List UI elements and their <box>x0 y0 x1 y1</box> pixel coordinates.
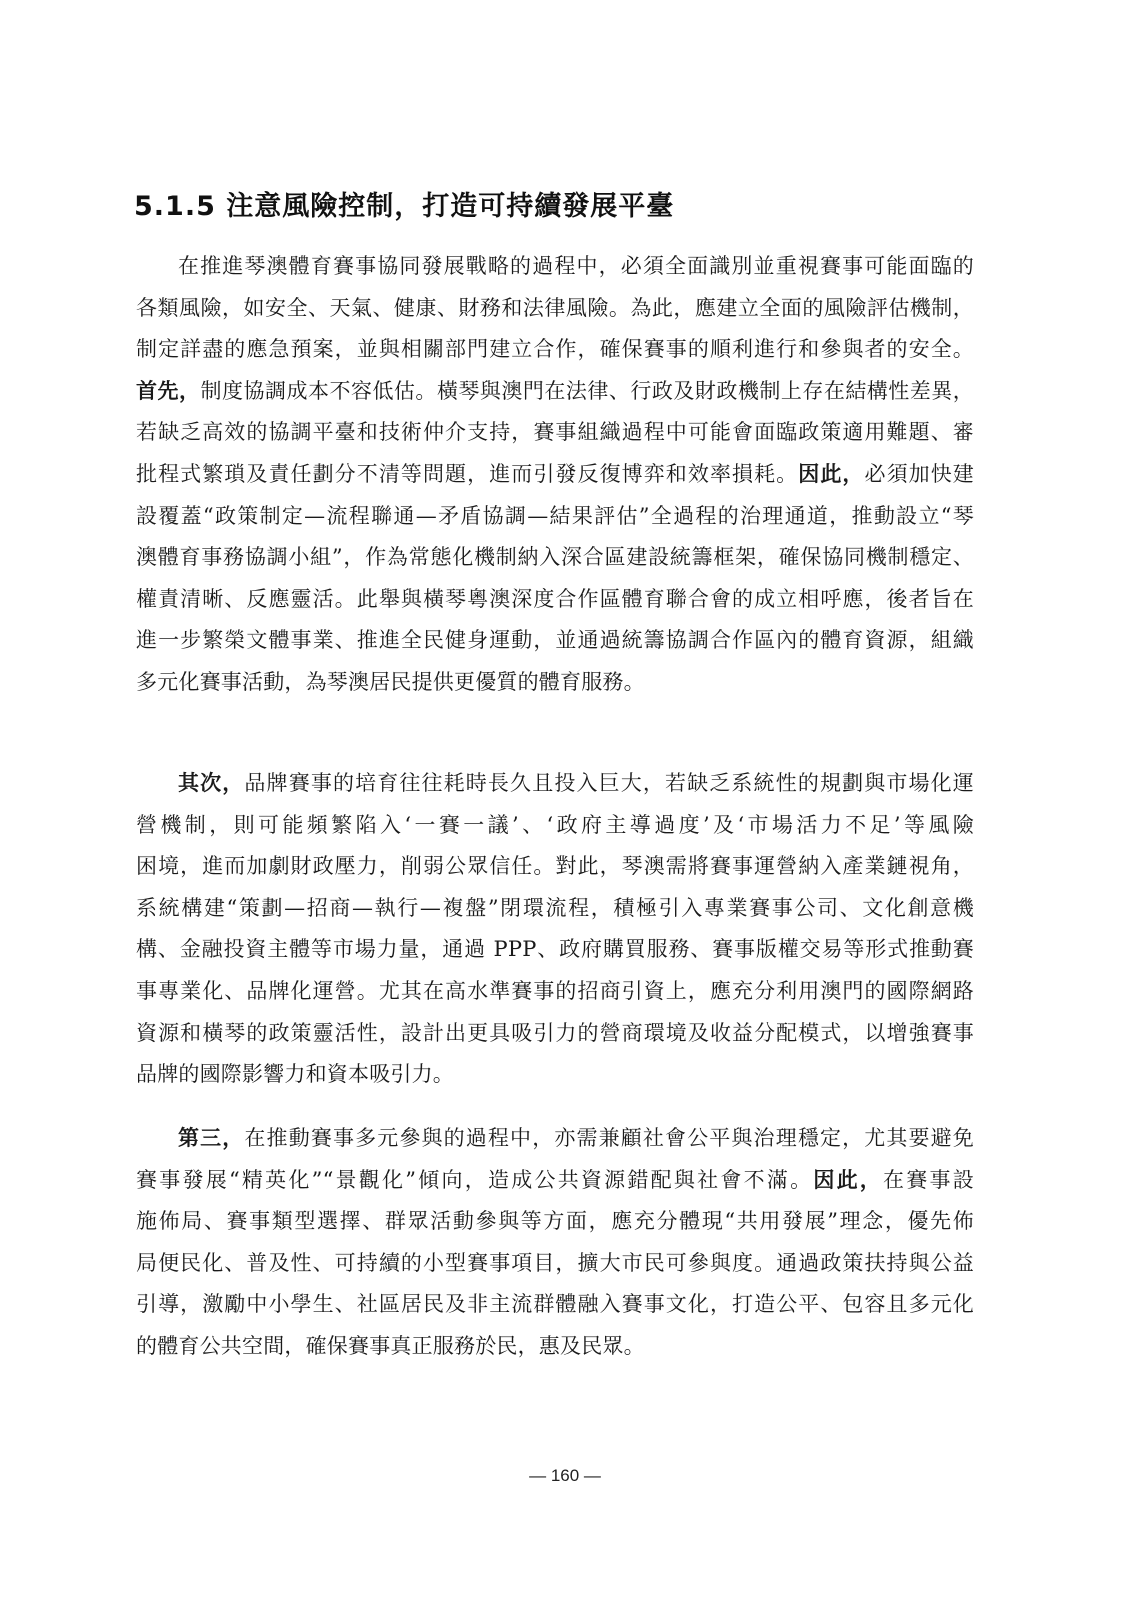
paragraph-1-line: 澳體育事務協調小組”，作為常態化機制納入深合區建設統籌框架，確保協同機制穩定、 <box>136 541 974 571</box>
paragraph-3-line: 賽事發展“精英化”“景觀化”傾向，造成公共資源錯配與社會不滿。因此，在賽事設 <box>136 1164 974 1194</box>
text-run: 設覆蓋“政策制定—流程聯通—矛盾協調—結果評估”全過程的治理通道，推動設立“琴 <box>136 504 974 528</box>
paragraph-1-line: 多元化賽事活動，為琴澳居民提供更優質的體育服務。 <box>136 666 974 696</box>
paragraph-3-line: 局便民化、普及性、可持續的小型賽事項目，擴大市民可參與度。通過政策扶持與公益 <box>136 1247 974 1277</box>
paragraph-1-line: 制定詳盡的應急預案，並與相關部門建立合作，確保賽事的順利進行和參與者的安全。 <box>136 333 974 363</box>
bold-lead-phrase: 因此， <box>813 1167 883 1192</box>
paragraph-1-line: 設覆蓋“政策制定—流程聯通—矛盾協調—結果評估”全過程的治理通道，推動設立“琴 <box>136 500 974 530</box>
text-run: 品牌賽事的培育往往耗時長久且投入巨大，若缺乏系統性的規劃與市場化運 <box>244 771 974 795</box>
text-run: 權責清晰、反應靈活。此舉與橫琴粵澳深度合作區體育聯合會的成立相呼應，後者旨在 <box>136 587 974 611</box>
text-run: 資源和橫琴的政策靈活性，設計出更具吸引力的營商環境及收益分配模式，以增強賽事 <box>136 1021 974 1045</box>
paragraph-2-line: 事專業化、品牌化運營。尤其在高水準賽事的招商引資上，應充分利用澳門的國際網路 <box>136 975 974 1005</box>
paragraph-1-line: 首先，制度協調成本不容低估。橫琴與澳門在法律、行政及財政機制上存在結構性差異， <box>136 375 974 405</box>
text-run: 必須加快建 <box>865 462 975 486</box>
text-run: 引導，激勵中小學生、社區居民及非主流群體融入賽事文化，打造公平、包容且多元化 <box>136 1292 974 1316</box>
text-run: 多元化賽事活動，為琴澳居民提供更優質的體育服務。 <box>136 670 645 694</box>
paragraph-2-line: 其次，品牌賽事的培育往往耗時長久且投入巨大，若缺乏系統性的規劃與市場化運 <box>178 767 974 797</box>
page-number: — 160 — <box>0 1466 1130 1486</box>
text-run: 在賽事設 <box>883 1168 974 1192</box>
paragraph-2-line: 困境，進而加劇財政壓力，削弱公眾信任。對此，琴澳需將賽事運營納入產業鏈視角， <box>136 850 974 880</box>
text-run: 批程式繁瑣及責任劃分不清等問題，進而引發反復博弈和效率損耗。 <box>136 462 798 486</box>
text-run: 品牌的國際影響力和資本吸引力。 <box>136 1062 454 1086</box>
text-run: 困境，進而加劇財政壓力，削弱公眾信任。對此，琴澳需將賽事運營納入產業鏈視角， <box>136 854 974 878</box>
text-run: 制度協調成本不容低估。橫琴與澳門在法律、行政及財政機制上存在結構性差異， <box>200 379 974 403</box>
paragraph-3-line: 施佈局、賽事類型選擇、群眾活動參與等方面，應充分體現“共用發展”理念，優先佈 <box>136 1205 974 1235</box>
paragraph-2-line: 系統構建“策劃—招商—執行—複盤”閉環流程，積極引入專業賽事公司、文化創意機 <box>136 892 974 922</box>
text-run: 構、金融投資主體等市場力量，通過 PPP、政府購買服務、賽事版權交易等形式推動賽 <box>136 937 974 961</box>
text-run: 事專業化、品牌化運營。尤其在高水準賽事的招商引資上，應充分利用澳門的國際網路 <box>136 979 974 1003</box>
text-run: 系統構建“策劃—招商—執行—複盤”閉環流程，積極引入專業賽事公司、文化創意機 <box>136 896 974 920</box>
bold-lead-phrase: 其次， <box>178 770 244 795</box>
paragraph-1-line: 進一步繁榮文體事業、推進全民健身運動，並通過統籌協調合作區內的體育資源，組織 <box>136 624 974 654</box>
paragraph-1-line: 在推進琴澳體育賽事協同發展戰略的過程中，必須全面識別並重視賽事可能面臨的 <box>178 250 974 280</box>
bold-lead-phrase: 第三， <box>178 1125 244 1150</box>
section-heading: 5.1.5 注意風險控制，打造可持續發展平臺 <box>134 184 674 223</box>
paragraph-1-line: 權責清晰、反應靈活。此舉與橫琴粵澳深度合作區體育聯合會的成立相呼應，後者旨在 <box>136 583 974 613</box>
text-run: 制定詳盡的應急預案，並與相關部門建立合作，確保賽事的順利進行和參與者的安全。 <box>136 337 974 361</box>
paragraph-2-line: 構、金融投資主體等市場力量，通過 PPP、政府購買服務、賽事版權交易等形式推動賽 <box>136 933 974 963</box>
paragraph-3-line: 的體育公共空間，確保賽事真正服務於民，惠及民眾。 <box>136 1330 974 1360</box>
text-run: 進一步繁榮文體事業、推進全民健身運動，並通過統籌協調合作區內的體育資源，組織 <box>136 628 974 652</box>
paragraph-3-line: 引導，激勵中小學生、社區居民及非主流群體融入賽事文化，打造公平、包容且多元化 <box>136 1288 974 1318</box>
text-run: 營機制，則可能頻繁陷入‘一賽一議’、‘政府主導過度’及‘市場活力不足’等風險 <box>136 813 974 837</box>
paragraph-3-line: 第三，在推動賽事多元參與的過程中，亦需兼顧社會公平與治理穩定，尤其要避免 <box>178 1122 974 1152</box>
paragraph-2-line: 資源和橫琴的政策靈活性，設計出更具吸引力的營商環境及收益分配模式，以增強賽事 <box>136 1017 974 1047</box>
text-run: 施佈局、賽事類型選擇、群眾活動參與等方面，應充分體現“共用發展”理念，優先佈 <box>136 1209 974 1233</box>
text-run: 的體育公共空間，確保賽事真正服務於民，惠及民眾。 <box>136 1334 645 1358</box>
text-run: 澳體育事務協調小組”，作為常態化機制納入深合區建設統籌框架，確保協同機制穩定、 <box>136 545 974 569</box>
text-run: 賽事發展“精英化”“景觀化”傾向，造成公共資源錯配與社會不滿。 <box>136 1168 813 1192</box>
paragraph-2-line: 營機制，則可能頻繁陷入‘一賽一議’、‘政府主導過度’及‘市場活力不足’等風險 <box>136 809 974 839</box>
paragraph-1-line: 若缺乏高效的協調平臺和技術仲介支持，賽事組織過程中可能會面臨政策適用難題、審 <box>136 416 974 446</box>
text-run: 在推進琴澳體育賽事協同發展戰略的過程中，必須全面識別並重視賽事可能面臨的 <box>178 254 974 278</box>
paragraph-1-line: 各類風險，如安全、天氣、健康、財務和法律風險。為此，應建立全面的風險評估機制， <box>136 292 974 322</box>
bold-lead-phrase: 因此， <box>798 461 864 486</box>
document-page: 5.1.5 注意風險控制，打造可持續發展平臺 在推進琴澳體育賽事協同發展戰略的過… <box>0 0 1130 1600</box>
bold-lead-phrase: 首先， <box>136 378 200 403</box>
paragraph-1-line: 批程式繁瑣及責任劃分不清等問題，進而引發反復博弈和效率損耗。因此，必須加快建 <box>136 458 974 488</box>
paragraph-2-line: 品牌的國際影響力和資本吸引力。 <box>136 1058 974 1088</box>
text-run: 在推動賽事多元參與的過程中，亦需兼顧社會公平與治理穩定，尤其要避免 <box>244 1126 974 1150</box>
text-run: 各類風險，如安全、天氣、健康、財務和法律風險。為此，應建立全面的風險評估機制， <box>136 296 974 320</box>
text-run: 局便民化、普及性、可持續的小型賽事項目，擴大市民可參與度。通過政策扶持與公益 <box>136 1251 974 1275</box>
text-run: 若缺乏高效的協調平臺和技術仲介支持，賽事組織過程中可能會面臨政策適用難題、審 <box>136 420 974 444</box>
